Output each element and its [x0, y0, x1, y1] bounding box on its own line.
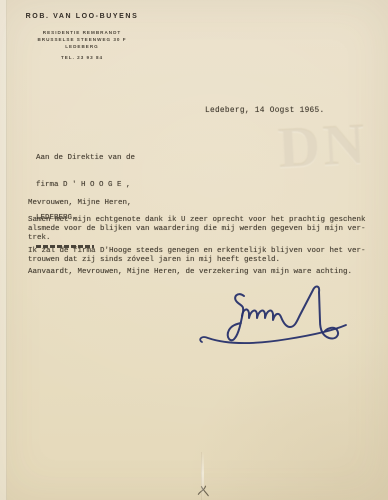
embossed-watermark: DN — [276, 110, 369, 182]
sender-street: BRUSSELSE STEENWEG 30 F — [24, 36, 140, 43]
sender-residence: RESIDENTIE REMBRANDT — [24, 29, 140, 36]
sender-telephone: TEL. 23 93 84 — [24, 54, 140, 61]
recipient-line-2: firma D ' H O O G E , — [36, 181, 135, 190]
pencil-mark — [196, 482, 212, 498]
dateline: Ledeberg, 14 Oogst 1965. — [205, 107, 325, 115]
closing-line: Aanvaardt, Mevrouwen, Mijne Heren, de ve… — [28, 268, 382, 277]
letterhead: ROB. VAN LOO-BUYENS RESIDENTIE REMBRANDT… — [24, 13, 140, 61]
sender-name: ROB. VAN LOO-BUYENS — [24, 13, 140, 20]
letter-body: Mevrouwen, Mijne Heren, Samen met mijn e… — [28, 199, 382, 277]
scanned-letter: DN ROB. VAN LOO-BUYENS RESIDENTIE REMBRA… — [0, 0, 388, 500]
signature-ink — [196, 283, 356, 353]
recipient-line-1: Aan de Direktie van de — [36, 154, 135, 163]
paragraph-2: Ik zal de firma D'Hooge steeds genegen e… — [28, 247, 382, 265]
salutation: Mevrouwen, Mijne Heren, — [28, 199, 382, 208]
paper-crease — [201, 452, 204, 500]
paragraph-1: Samen met mijn echtgenote dank ik U zeer… — [28, 216, 382, 243]
paper-edge — [0, 0, 7, 500]
sender-city: LEDEBERG — [24, 43, 140, 50]
